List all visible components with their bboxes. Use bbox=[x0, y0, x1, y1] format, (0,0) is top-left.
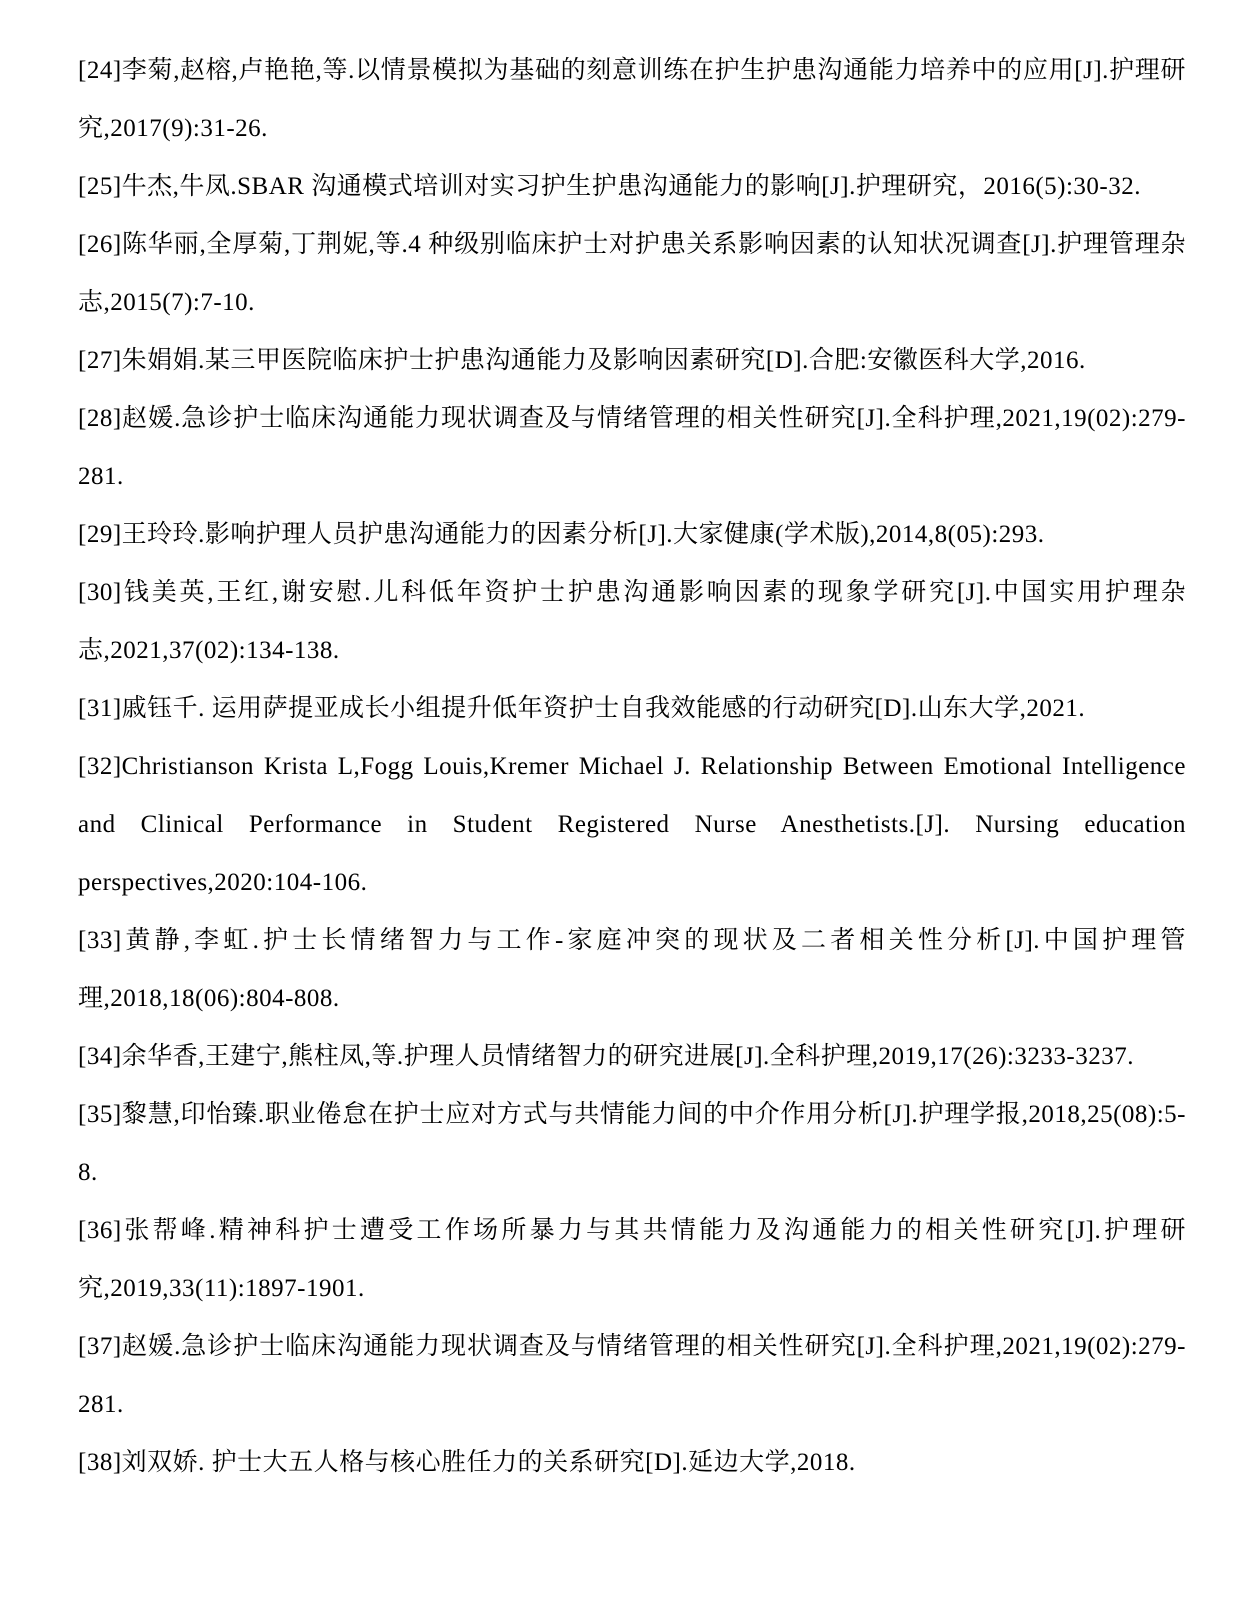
reference-item-27: [27]朱娟娟.某三甲医院临床护士护患沟通能力及影响因素研究[D].合肥:安徽医… bbox=[78, 332, 1186, 390]
reference-item-26: [26]陈华丽,全厚菊,丁荆妮,等.4 种级别临床护士对护患关系影响因素的认知状… bbox=[78, 216, 1186, 332]
reference-item-30: [30]钱美英,王红,谢安慰.儿科低年资护士护患沟通影响因素的现象学研究[J].… bbox=[78, 564, 1186, 680]
reference-item-33: [33]黄静,李虹.护士长情绪智力与工作-家庭冲突的现状及二者相关性分析[J].… bbox=[78, 912, 1186, 1028]
reference-item-28: [28]赵媛.急诊护士临床沟通能力现状调查及与情绪管理的相关性研究[J].全科护… bbox=[78, 390, 1186, 506]
reference-item-36: [36]张帮峰.精神科护士遭受工作场所暴力与其共情能力及沟通能力的相关性研究[J… bbox=[78, 1202, 1186, 1318]
reference-item-34: [34]余华香,王建宁,熊柱凤,等.护理人员情绪智力的研究进展[J].全科护理,… bbox=[78, 1028, 1186, 1086]
reference-item-32: [32]Christianson Krista L,Fogg Louis,Kre… bbox=[78, 738, 1186, 912]
reference-item-37: [37]赵媛.急诊护士临床沟通能力现状调查及与情绪管理的相关性研究[J].全科护… bbox=[78, 1318, 1186, 1434]
reference-item-35: [35]黎慧,印怡臻.职业倦怠在护士应对方式与共情能力间的中介作用分析[J].护… bbox=[78, 1086, 1186, 1202]
reference-item-38: [38]刘双娇. 护士大五人格与核心胜任力的关系研究[D].延边大学,2018. bbox=[78, 1434, 1186, 1492]
reference-item-25: [25]牛杰,牛凤.SBAR 沟通模式培训对实习护生护患沟通能力的影响[J].护… bbox=[78, 158, 1186, 216]
reference-item-31: [31]戚钰千. 运用萨提亚成长小组提升低年资护士自我效能感的行动研究[D].山… bbox=[78, 680, 1186, 738]
reference-item-24: [24]李菊,赵榕,卢艳艳,等.以情景模拟为基础的刻意训练在护生护患沟通能力培养… bbox=[78, 42, 1186, 158]
reference-item-29: [29]王玲玲.影响护理人员护患沟通能力的因素分析[J].大家健康(学术版),2… bbox=[78, 506, 1186, 564]
document-page: [24]李菊,赵榕,卢艳艳,等.以情景模拟为基础的刻意训练在护生护患沟通能力培养… bbox=[0, 0, 1238, 1602]
